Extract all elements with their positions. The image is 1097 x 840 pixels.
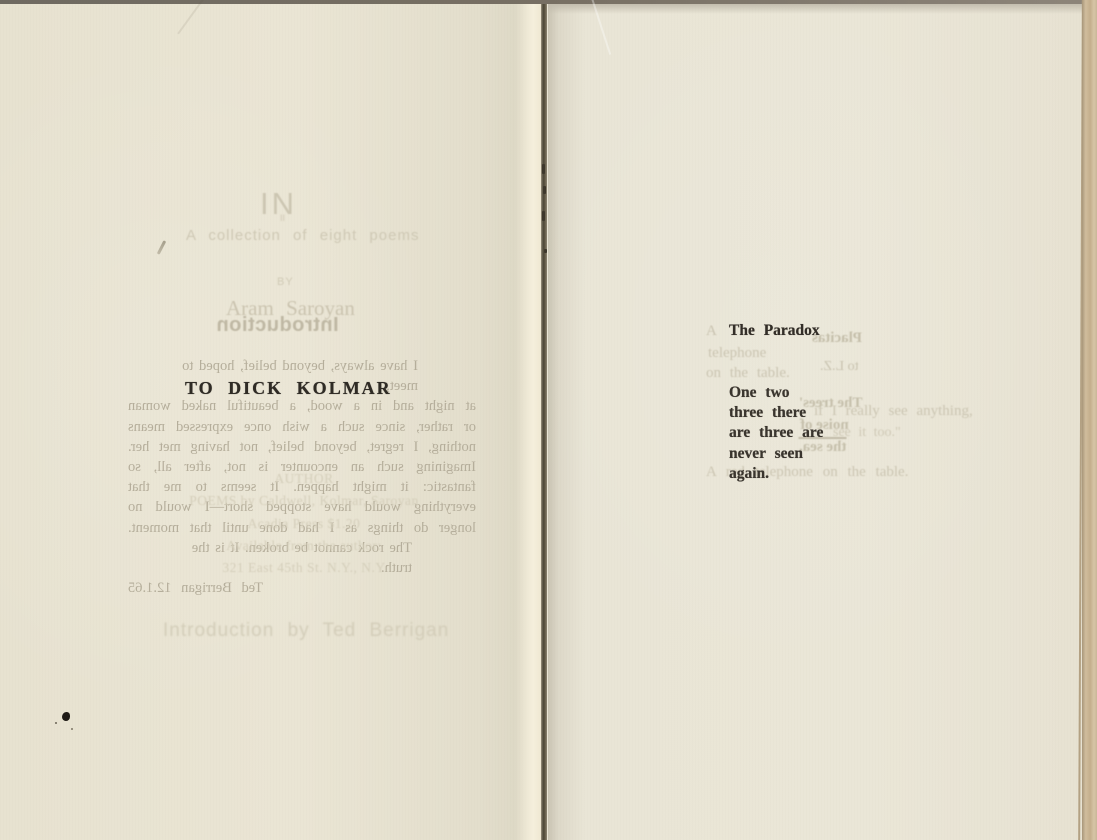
gutter-highlight (515, 0, 541, 840)
show-through-numeral: II (280, 213, 285, 223)
poem-line: again. (729, 464, 823, 484)
author-block-line: 321 East 45th St. N.Y., N.Y (158, 557, 450, 579)
poem-line: three there (729, 403, 823, 423)
staple-mark (542, 211, 545, 221)
staple-mark (544, 249, 547, 253)
poem-line: never seen (729, 444, 823, 464)
page-top-shadow (548, 4, 1082, 14)
paper-speck (71, 728, 73, 730)
mirrored-intro-heading: Introduction (216, 314, 339, 337)
author-block-line: Available from the author: (158, 535, 450, 557)
show-through-line: A (706, 323, 717, 340)
paper-speck (55, 722, 57, 724)
show-through-intro-credit: Introduction by Ted Berrigan (163, 620, 449, 642)
show-through-line: telephone (708, 345, 766, 362)
mirrored-intro-line: nothing, I regret, beyond belief, not ha… (128, 437, 476, 457)
dedication-text: TO DICK KOLMAR (185, 378, 392, 399)
mirrored-intro-line: at night and in a wood, a beautiful nake… (128, 396, 476, 416)
mirrored-show-through-dedication: to L.Z. (820, 359, 859, 375)
poem-line: are three are (729, 423, 823, 443)
author-block-line: POEMS by Caldwell, Kolmar, Saroyan (158, 490, 450, 512)
author-block-line: Acadia Press $1.20 (158, 513, 450, 535)
book-scan: IN II A collection of eight poems BY Ara… (0, 0, 1097, 840)
ink-spot (62, 712, 70, 721)
staple-mark (542, 164, 545, 174)
poem-title: The Paradox (729, 322, 820, 340)
mirrored-intro-signature: Ted Berrigan 12.1.65 (128, 578, 476, 598)
poem-body: One two three there are three are never … (729, 383, 823, 484)
mirrored-intro-line: or rather, since such a wish once expres… (128, 417, 476, 437)
show-through-by-label: BY (277, 276, 294, 288)
fore-edge (1082, 0, 1097, 840)
show-through-subtitle: A collection of eight poems (186, 227, 419, 244)
show-through-author-block: AUTHOR POEMS by Caldwell, Kolmar, Saroya… (158, 468, 450, 579)
author-block-line: AUTHOR (158, 468, 450, 490)
show-through-main-title: IN (260, 186, 297, 222)
gutter-binding (541, 0, 547, 840)
show-through-line: on the table. (706, 365, 790, 382)
poem-line: One two (729, 383, 823, 403)
staple-mark (543, 186, 546, 194)
